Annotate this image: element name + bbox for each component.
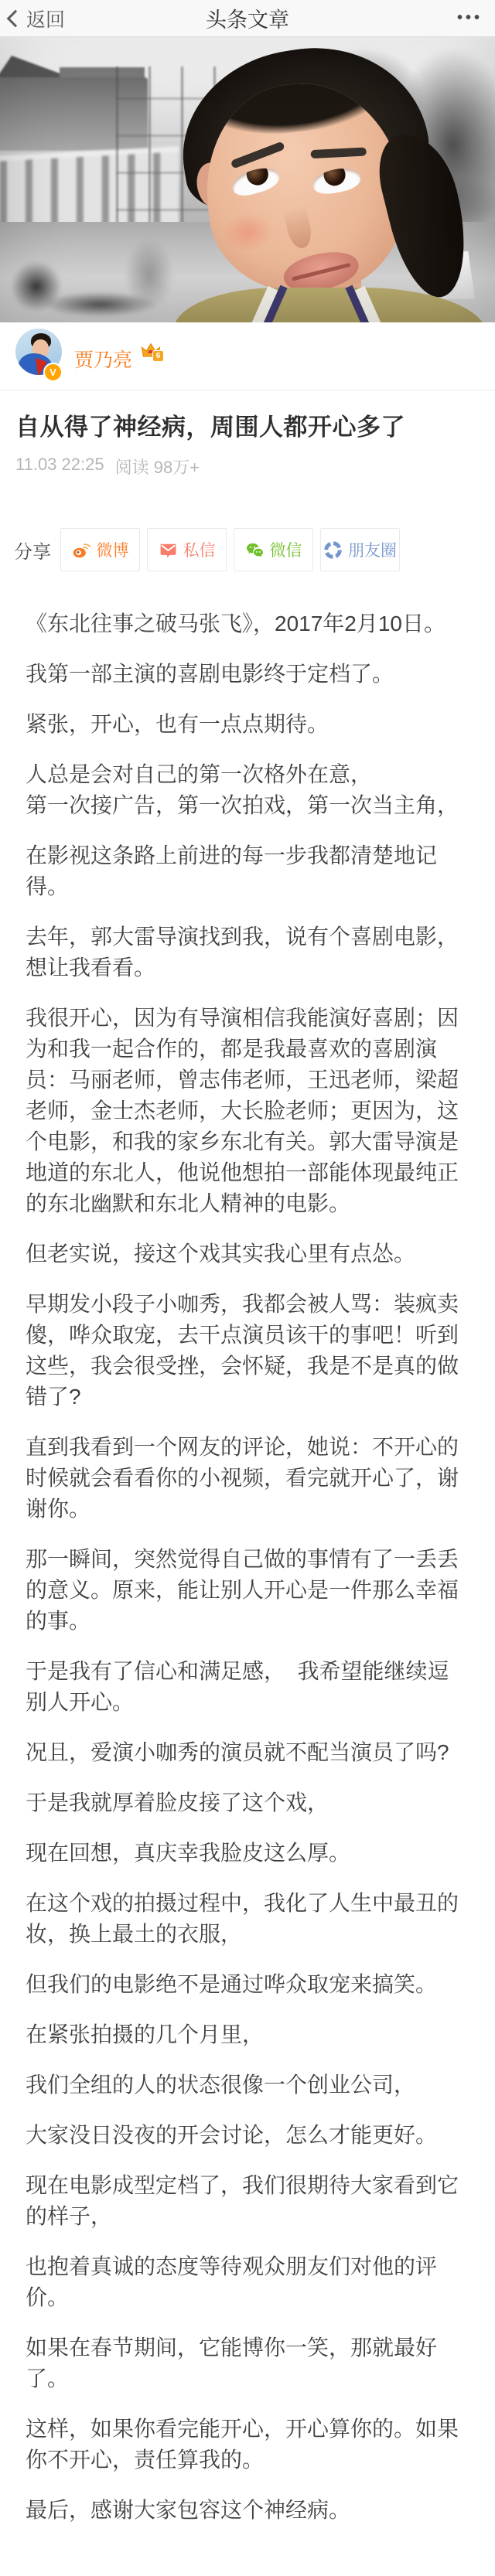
body-paragraph: 但老实说，接这个戏其实我心里有点怂。 <box>26 1239 469 1269</box>
body-paragraph: 最后，感谢大家包容这个神经病。 <box>26 2495 469 2526</box>
vip-level: 6 <box>152 350 164 362</box>
verified-badge: V <box>43 363 63 382</box>
body-paragraph: 现在回想，真庆幸我脸皮这么厚。 <box>26 1838 469 1869</box>
body-paragraph: 在紧张拍摄的几个月里， <box>26 2019 469 2050</box>
share-moments-label: 朋友圈 <box>348 538 397 561</box>
share-moments-button[interactable]: 朋友圈 <box>320 528 400 571</box>
share-wechat-button[interactable]: 微信 <box>234 528 313 571</box>
share-buttons: 微博 私信 微信 朋友圈 <box>60 528 400 571</box>
share-wechat-label: 微信 <box>270 538 302 561</box>
body-paragraph: 紧张，开心，也有一点点期待。 <box>26 709 469 740</box>
body-paragraph: 况且，爱演小咖秀的演员就不配当演员了吗? <box>26 1737 469 1768</box>
share-private-message-button[interactable]: 私信 <box>147 528 227 571</box>
author-row: 贾乃亮 6 <box>0 322 495 390</box>
body-paragraph: 我很开心，因为有导演相信我能演好喜剧；因为和我一起合作的，都是我最喜欢的喜剧演员… <box>26 1003 469 1219</box>
weibo-icon <box>72 540 91 560</box>
article-cover-image <box>0 37 495 322</box>
cover-vignette <box>0 37 495 322</box>
body-paragraph: 也抱着真诚的态度等待观众朋友们对他的评价。 <box>26 2251 469 2313</box>
top-nav-bar: 返回 头条文章 ••• <box>0 0 495 37</box>
author-name[interactable]: 贾乃亮 <box>74 345 132 373</box>
body-paragraph: 我们全组的人的状态很像一个创业公司， <box>26 2070 469 2101</box>
moments-aperture-icon <box>323 540 343 560</box>
back-chevron-icon <box>7 9 25 27</box>
body-paragraph: 现在电影成型定档了，我们很期待大家看到它的样子， <box>26 2170 469 2232</box>
article-body: 《东北往事之破马张飞》，2017年2月10日。我第一部主演的喜剧电影终于定档了。… <box>0 571 495 2576</box>
body-paragraph: 我第一部主演的喜剧电影终于定档了。 <box>26 659 469 690</box>
toutiao-article-page: { "nav": { "back_label": "返回", "title": … <box>0 0 495 2576</box>
share-weibo-label: 微博 <box>97 538 129 561</box>
more-options-button[interactable]: ••• <box>445 9 495 27</box>
vip-crown-badge: 6 <box>139 339 162 361</box>
body-paragraph: 大家没日没夜的开会讨论，怎么才能更好。 <box>26 2120 469 2151</box>
read-count: 阅读 98万+ <box>115 455 200 479</box>
body-paragraph: 在影视这条路上前进的每一步我都清楚地记得。 <box>26 840 469 902</box>
back-label: 返回 <box>26 5 65 32</box>
share-row: 分享 微博 私信 微信 <box>0 528 495 571</box>
body-paragraph: 直到我看到一个网友的评论，她说：不开心的时候就会看看你的小视频，看完就开心了，谢… <box>26 1432 469 1525</box>
article-title: 自从得了神经病，周围人都开心多了 <box>15 411 480 445</box>
body-paragraph: 在这个戏的拍摄过程中，我化了人生中最丑的妆，换上最土的衣服， <box>26 1888 469 1950</box>
body-paragraph: 如果在春节期间，它能博你一笑，那就最好了。 <box>26 2332 469 2394</box>
article-meta: 11.03 22:25 阅读 98万+ <box>15 455 480 479</box>
body-paragraph: 于是我有了信心和满足感， 我希望能继续逗别人开心。 <box>26 1656 469 1718</box>
wechat-icon <box>245 540 265 560</box>
body-paragraph: 这样，如果你看完能开心，开心算你的。如果你不开心，责任算我的。 <box>26 2414 469 2475</box>
body-paragraph: 人总是会对自己的第一次格外在意， 第一次接广告，第一次拍戏，第一次当主角， <box>26 759 469 821</box>
private-message-icon <box>159 540 178 560</box>
body-paragraph: 去年，郭大雷导演找到我，说有个喜剧电影，想让我看看。 <box>26 922 469 983</box>
share-weibo-button[interactable]: 微博 <box>60 528 140 571</box>
body-paragraph: 但我们的电影绝不是通过哗众取宠来搞笑。 <box>26 1969 469 2000</box>
share-label: 分享 <box>14 537 51 564</box>
body-paragraph: 那一瞬间，突然觉得自己做的事情有了一丢丢的意义。原来，能让别人开心是一件那么幸福… <box>26 1544 469 1637</box>
share-private-message-label: 私信 <box>183 538 216 561</box>
publish-date: 11.03 22:25 <box>15 455 104 479</box>
body-paragraph: 《东北往事之破马张飞》，2017年2月10日。 <box>26 608 469 639</box>
body-paragraph: 于是我就厚着脸皮接了这个戏， <box>26 1787 469 1818</box>
title-block: 自从得了神经病，周围人都开心多了 11.03 22:25 阅读 98万+ <box>0 390 495 479</box>
back-button[interactable]: 返回 <box>0 5 76 32</box>
body-paragraph: 早期发小段子小咖秀，我都会被人骂：装疯卖傻，哗众取宠，去干点演员该干的事吧！听到… <box>26 1289 469 1412</box>
